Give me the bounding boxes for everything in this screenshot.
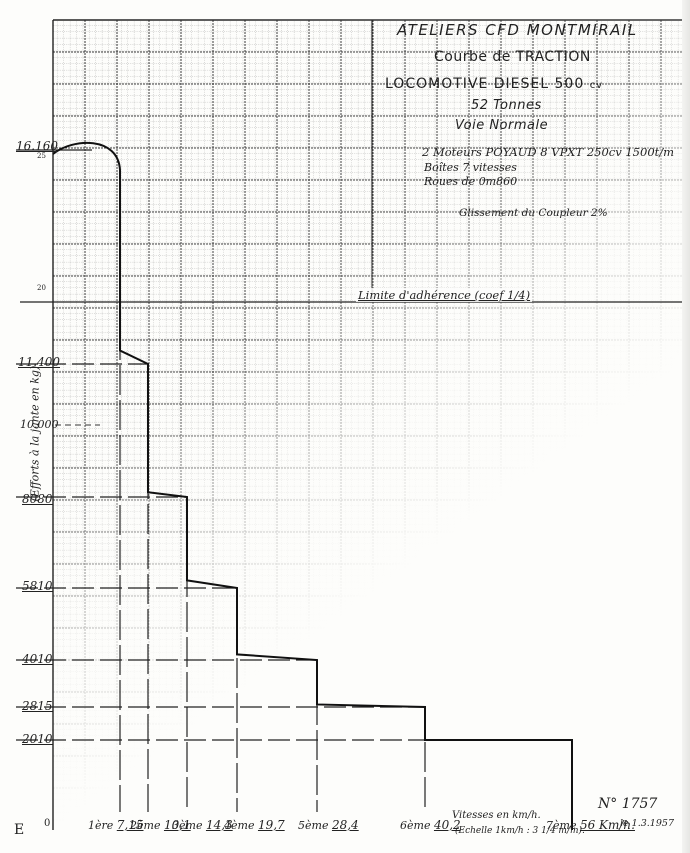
gear-2-name: 2ème: [130, 819, 160, 832]
gear-5-speed: 28,4: [332, 818, 359, 832]
x-label-gear-4: 4ème 19,7: [224, 818, 285, 832]
grid-label-20: 20: [37, 284, 46, 292]
gear-5-name: 5ème: [298, 819, 328, 832]
y-label-4010: 4010: [22, 652, 53, 666]
page-edge: [682, 0, 690, 853]
gear-6-speed: 40,2: [434, 818, 461, 832]
grid-label-25: 25: [37, 152, 46, 160]
x-axis-title: Vitesses en km/h.: [452, 810, 541, 821]
origin-label: 0: [44, 818, 50, 829]
y-axis-title: (Efforts à la jante en kg): [29, 372, 42, 502]
y-label-2010: 2010: [22, 732, 53, 746]
adhesion-limit-label: Limite d'adhérence (coef 1/4): [356, 288, 532, 302]
track-label: Voie Normale: [455, 118, 548, 133]
weight-label: 52 Tonnes: [471, 98, 542, 113]
gear-7-speed: 56 Km/h.: [580, 818, 635, 832]
machine-name: LOCOMOTIVE DIESEL 500: [385, 76, 584, 92]
x-label-gear-6: 6ème 40,2: [400, 818, 461, 832]
machine-unit: cv: [590, 80, 603, 91]
gear-7-name: 7ème: [546, 819, 576, 832]
y-label-10000: 10.000: [20, 418, 59, 431]
y-label-11400: 11.400: [18, 355, 60, 369]
drawing-number: N° 1757: [598, 796, 657, 812]
x-label-gear-5: 5ème 28,4: [298, 818, 359, 832]
gearbox-note: Boîtes 7 vitesses: [424, 161, 517, 174]
gear-1-name: 1ère: [88, 819, 113, 832]
traction-chart: [0, 0, 690, 853]
gear-6-name: 6ème: [400, 819, 430, 832]
y-label-8080: 8080: [22, 492, 53, 506]
chart-subtitle: Courbe de TRACTION: [434, 49, 591, 65]
gear-4-speed: 19,7: [258, 818, 285, 832]
gear-4-name: 4ème: [224, 819, 254, 832]
gear-3-name: 3ème: [172, 819, 202, 832]
motors-note: 2 Moteurs POYAUD 8 VPXT 250cv 1500t/m: [422, 145, 674, 159]
corner-mark: E: [14, 822, 24, 838]
company-name: ATELIERS CFD MONTMIRAIL: [397, 21, 638, 39]
x-label-gear-7: 7ème 56 Km/h.: [546, 818, 635, 832]
wheels-note: Roues de 0m860: [424, 175, 517, 188]
slip-note: Glissement du Coupleur 2%: [459, 207, 608, 219]
y-label-16160: 16.160: [16, 139, 58, 153]
y-label-5810: 5810: [22, 579, 53, 593]
machine-title: LOCOMOTIVE DIESEL 500 cv: [385, 76, 603, 92]
y-label-2815: 2815: [22, 699, 53, 713]
